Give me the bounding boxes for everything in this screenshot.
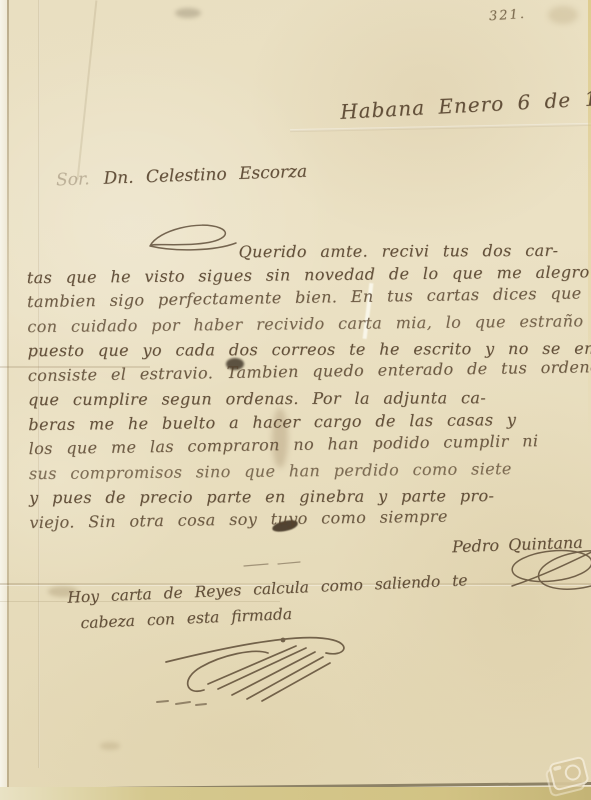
body-line: con cuidado por haber recivido carta mia… [27,310,591,341]
paper-left-margin [0,0,7,800]
salutation-prefix: Sor. [56,169,90,190]
backdrop-strip [0,787,591,800]
pen-dashes [244,562,300,566]
paper-left-edge [7,0,9,800]
postscript: Hoy carta de Reyes calcula como saliendo… [67,571,469,640]
letter-body: Querido amte. recivi tus dos car- tas qu… [26,237,591,537]
body-line: que cumplire segun ordenas. Por la adjun… [28,388,591,415]
page-number: 321. [489,7,527,25]
camera-watermark-icon [543,750,591,798]
bottom-flourish [157,638,344,705]
letter-photo: 321. Habana Enero 6 de 1861 Sor.Dn. Cele… [0,0,591,800]
body-line: sus compromisos sino que han perdido com… [29,457,591,488]
stain [548,6,578,24]
dateline: Habana Enero 6 de 1861 [340,84,591,124]
vertical-fold-crease [77,0,98,179]
horizontal-fold-crease [290,123,591,132]
salutation: Sor.Dn. Celestino Escorza [56,162,308,191]
stain [100,742,120,750]
signature-name: Pedro Quintana [452,533,583,557]
recipient-name: Dn. Celestino Escorza [103,162,307,189]
body-line: Querido amte. recivi tus dos car- [27,241,591,268]
stain [175,8,201,18]
